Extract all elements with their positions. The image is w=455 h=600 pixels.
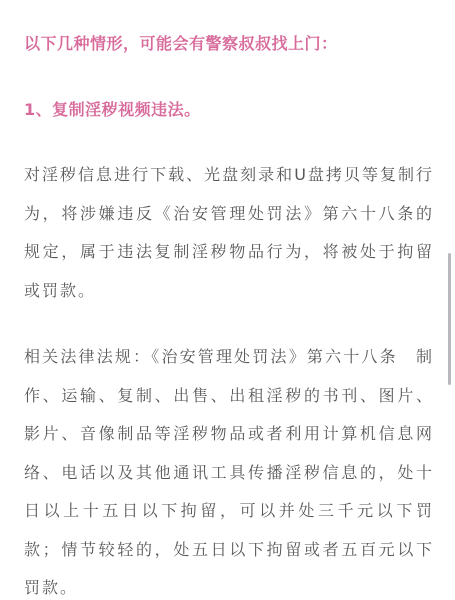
article-heading: 以下几种情形，可能会有警察叔叔找上门： bbox=[24, 28, 434, 60]
paragraph-description: 对淫秽信息进行下载、光盘刻录和U盘拷贝等复制行为，将涉嫌违反《治安管理处罚法》第… bbox=[24, 156, 434, 310]
section-title: 1、复制淫秽视频违法。 bbox=[24, 94, 434, 126]
article-content: 以下几种情形，可能会有警察叔叔找上门： 1、复制淫秽视频违法。 对淫秽信息进行下… bbox=[24, 28, 434, 600]
paragraph-legal-reference: 相关法律法规：《治安管理处罚法》第六十八条 制作、运输、复制、出售、出租淫秽的书… bbox=[24, 338, 434, 600]
vertical-scrollbar[interactable] bbox=[448, 253, 451, 385]
